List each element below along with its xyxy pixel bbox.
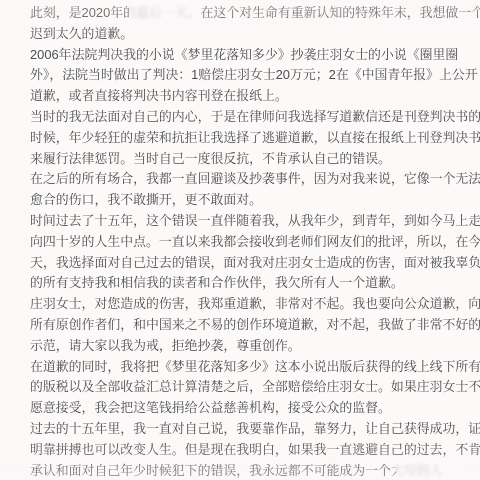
text-line: 所有原创作者们，和中国来之不易的创作环境道歉，对不起，我做了非常不好的 [30, 315, 480, 336]
text-line: 愈合的伤口，我不敢撕开，更不敢面对。 [30, 190, 480, 211]
text-line: 明靠拼搏也可以改变人生。但是现在我明白，如果我一直逃避自己的过去，不肯 [30, 440, 480, 461]
document-text-block: 此刻，是2020年的最后一天。在这个对生命有重新认知的特殊年末，我想做一个 迟到… [30, 3, 480, 480]
text-line: 迟到太久的道歉。 [30, 24, 480, 45]
text-line: 的所有支持我和相信我的读者和合作伙伴，我欠所有人一个道歉。 [30, 273, 480, 294]
text-line: 此刻，是2020年的最后一天。在这个对生命有重新认知的特殊年末，我想做一个 [30, 3, 480, 24]
text-line: 承认和面对自己年少时候犯下的错误，我永远都不可能成为一个大写的人 [30, 461, 480, 480]
text-line: 过去的十五年里，我一直对自己说，我要靠作品，靠努力，让自己获得成功，证 [30, 419, 480, 440]
apology-letter-document: 此刻，是2020年的最后一天。在这个对生命有重新认知的特殊年末，我想做一个 迟到… [0, 0, 480, 480]
text-line: 道歉，或者直接将判决书内容刊登在报纸上。 [30, 86, 480, 107]
text-line: 在之后的所有场合，我都一直回避谈及抄袭事件，因为对我来说，它像一个无法 [30, 169, 480, 190]
text-line: 的版税以及全部收益汇总计算清楚之后，全部赔偿给庄羽女士。如果庄羽女士不 [30, 377, 480, 398]
text-line: 向四十岁的人生中点。一直以来我都会接收到老师们网友们的批评，所以，在今 [30, 232, 480, 253]
text-line: 庄羽女士，对您造成的伤害，我郑重道歉，非常对不起。我也要向公众道歉，向 [30, 294, 480, 315]
text-line: 天，我选择面对自己过去的错误，面对我对庄羽女士造成的伤害，面对被我辜负 [30, 253, 480, 274]
text-line: 来履行法律惩罚。当时自己一度很反抗，不肯承认自己的错误。 [30, 149, 480, 170]
text-line: 示范，请大家以我为戒，拒绝抄袭，尊重创作。 [30, 336, 480, 357]
text-line: 当时的我无法面对自己的内心，于是在律师问我选择写道歉信还是刊登判决书的 [30, 107, 480, 128]
text-line: 2006年法院判决我的小说《梦里花落知多少》抄袭庄羽女士的小说《圈里圈 [30, 45, 480, 66]
text-line: 在道歉的同时，我将把《梦里花落知多少》这本小说出版后获得的线上线下所有 [30, 357, 480, 378]
text-line: 愿意接受，我会把这笔钱捐给公益慈善机构，接受公众的监督。 [30, 398, 480, 419]
text-line: 时候，年少轻狂的虚荣和抗拒让我选择了逃避道歉，以直接在报纸上刊登判决书 [30, 128, 480, 149]
text-line: 外》，法院当时做出了判决：1赔偿庄羽女士20万元；2在《中国青年报》上公开 [30, 65, 480, 86]
text-line: 时间过去了十五年，这个错误一直伴随着我，从我年少，到青年，到如今马上走 [30, 211, 480, 232]
